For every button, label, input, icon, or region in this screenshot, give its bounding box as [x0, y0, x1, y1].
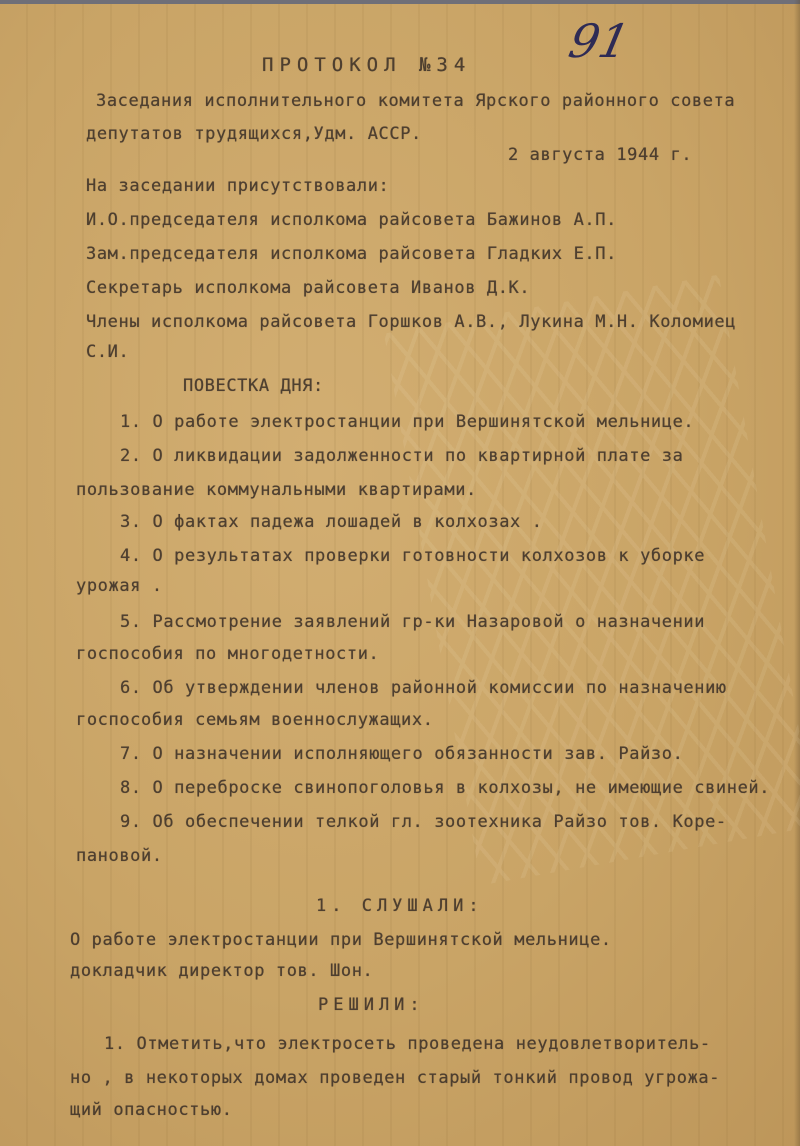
attendee-line: Секретарь исполкома райсовета Иванов Д.К…: [86, 278, 530, 298]
archival-document-page: 91 ПРОТОКОЛ №34 Заседания исполнительног…: [0, 0, 800, 1146]
agenda-line: 9. Об обеспечении телкой гл. зоотехника …: [120, 812, 727, 832]
agenda-line: 7. О назначении исполняющего обязанности…: [120, 744, 683, 764]
agenda-line: урожая .: [76, 576, 163, 596]
decided-heading: РЕШИЛИ:: [318, 995, 425, 1015]
agenda-line: 1. О работе электростанции при Вершинятс…: [120, 412, 694, 432]
attendee-line: Зам.председателя исполкома райсовета Гла…: [86, 244, 617, 264]
document-date: 2 августа 1944 г.: [508, 145, 692, 165]
agenda-line: госпособия семьям военнослужащих.: [76, 710, 434, 730]
subtitle-line-2: депутатов трудящихся,Удм. АССР.: [86, 124, 422, 144]
scan-top-border: [0, 0, 800, 4]
protocol-title: ПРОТОКОЛ №34: [262, 54, 471, 76]
paper-edge: [794, 0, 800, 1146]
decision-line: но , в некоторых домах проведен старый т…: [70, 1068, 720, 1088]
folio-number: 91: [564, 14, 634, 68]
section-heard-heading: 1. СЛУШАЛИ:: [316, 896, 484, 916]
attendee-line: С.И.: [86, 342, 129, 362]
subtitle-line-1: Заседания исполнительного комитета Ярско…: [96, 91, 735, 111]
attendance-heading: На заседании присутствовали:: [86, 176, 389, 196]
agenda-line: 6. Об утверждении членов районной комисс…: [120, 678, 727, 698]
attendee-line: И.О.председателя исполкома райсовета Баж…: [86, 210, 617, 230]
decision-line: щий опасностью.: [70, 1100, 233, 1120]
agenda-line: 4. О результатах проверки готовности кол…: [120, 546, 705, 566]
agenda-line: госпособия по многодетности.: [76, 644, 379, 664]
agenda-line: пановой.: [76, 846, 163, 866]
agenda-line: 5. Рассмотрение заявлений гр-ки Назарово…: [120, 612, 705, 632]
speaker-line: докладчик директор тов. Шон.: [70, 961, 373, 981]
heard-topic: О работе электростанции при Вершинятской…: [70, 930, 612, 950]
agenda-line: 2. О ликвидации задолженности по квартир…: [120, 446, 683, 466]
agenda-line: 3. О фактах падежа лошадей в колхозах .: [120, 512, 543, 532]
agenda-line: пользование коммунальными квартирами.: [76, 480, 477, 500]
attendee-line: Члены исполкома райсовета Горшков А.В., …: [86, 312, 736, 332]
agenda-heading: ПОВЕСТКА ДНЯ:: [183, 376, 324, 396]
agenda-line: 8. О переброске свинопоголовья в колхозы…: [120, 778, 770, 798]
decision-line: 1. Отметить,что электросеть проведена не…: [104, 1034, 711, 1054]
